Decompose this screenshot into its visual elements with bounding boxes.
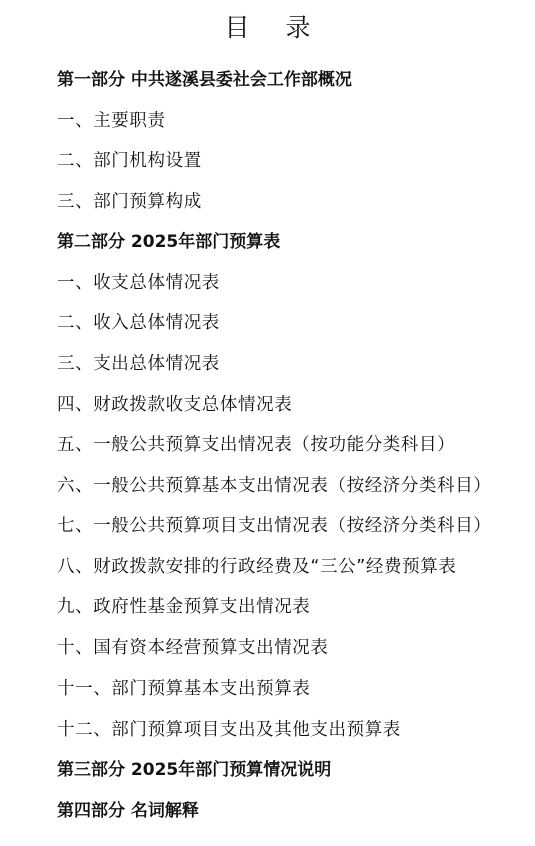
toc-item-2-11[interactable]: 十一、部门预算基本支出预算表 [57,677,310,701]
toc-item-2-12[interactable]: 十二、部门预算项目支出及其他支出预算表 [57,718,401,742]
toc-item-2-5[interactable]: 五、一般公共预算支出情况表（按功能分类科目） [57,433,455,457]
toc-part-4[interactable]: 第四部分 名词解释 [57,799,199,823]
toc-item-2-7[interactable]: 七、一般公共预算项目支出情况表（按经济分类科目） [57,514,491,538]
toc-item-2-4[interactable]: 四、财政拨款收支总体情况表 [57,393,292,417]
toc-item-1-1[interactable]: 一、主要职责 [57,109,166,133]
toc-item-2-6[interactable]: 六、一般公共预算基本支出情况表（按经济分类科目） [57,474,491,498]
toc-part-2[interactable]: 第二部分 2025年部门预算表 [57,230,280,254]
toc-part-3[interactable]: 第三部分 2025年部门预算情况说明 [57,758,331,782]
toc-item-2-1[interactable]: 一、收支总体情况表 [57,271,220,295]
toc-item-1-2[interactable]: 二、部门机构设置 [57,149,202,173]
toc-item-2-3[interactable]: 三、支出总体情况表 [57,352,220,376]
toc-item-2-8[interactable]: 八、财政拨款安排的行政经费及“三公”经费预算表 [57,555,456,579]
toc-part-1[interactable]: 第一部分 中共遂溪县委社会工作部概况 [57,68,352,92]
toc-item-2-2[interactable]: 二、收入总体情况表 [57,311,220,335]
toc-item-2-10[interactable]: 十、国有资本经营预算支出情况表 [57,636,329,660]
page-title: 目 录 [0,10,535,46]
toc-item-1-3[interactable]: 三、部门预算构成 [57,190,202,214]
toc-item-2-9[interactable]: 九、政府性基金预算支出情况表 [57,595,310,619]
